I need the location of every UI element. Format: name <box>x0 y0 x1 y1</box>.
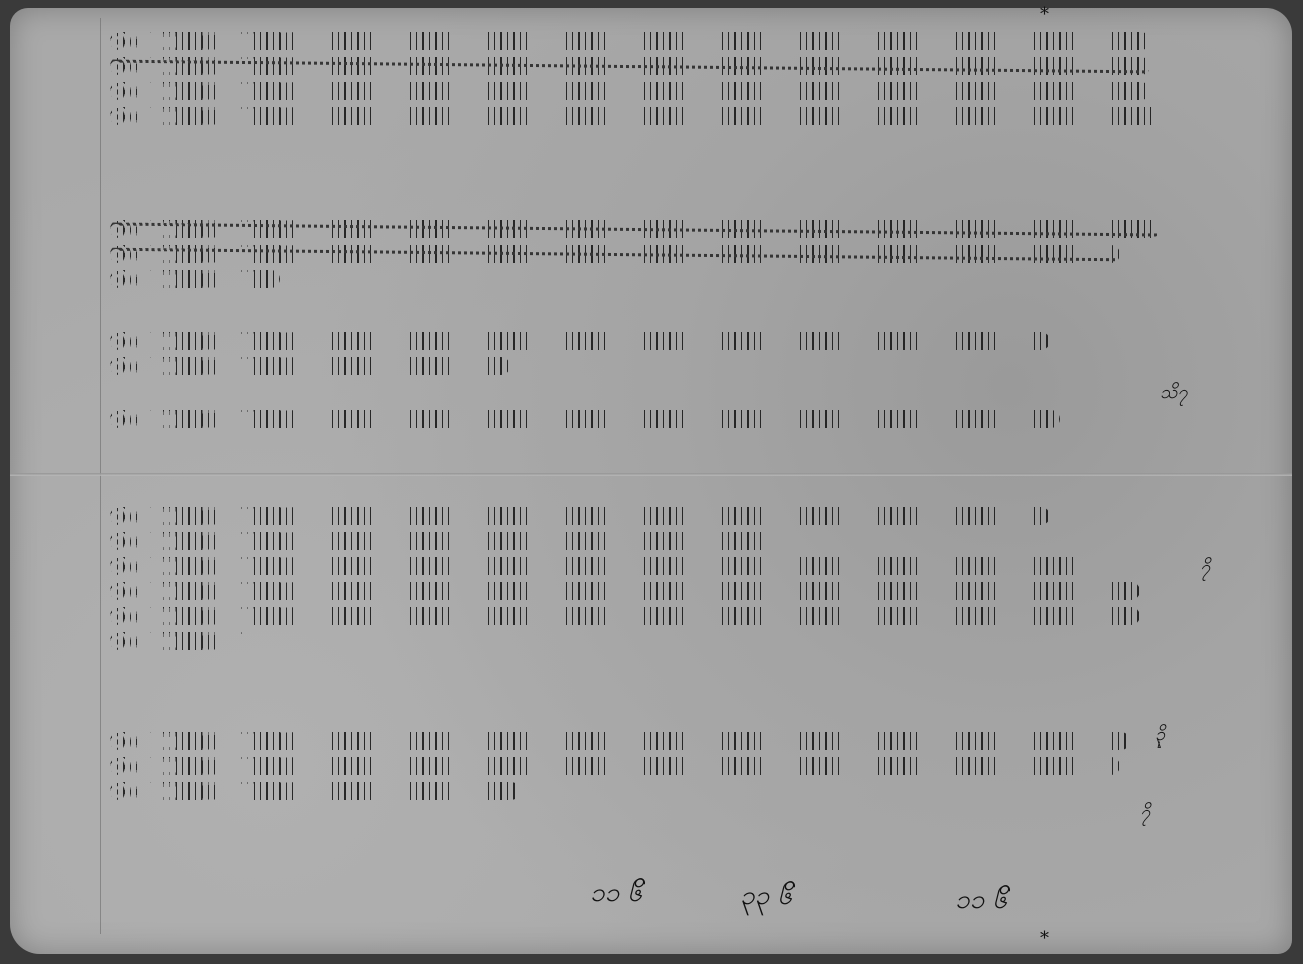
margin-note: ၇ိ <box>1200 555 1210 582</box>
ink-text <box>110 507 1050 525</box>
ink-text <box>110 357 510 375</box>
ink-text <box>110 32 1150 50</box>
script-description: Burmese-type handwritten script (illegib… <box>10 8 11 9</box>
top-star-mark: * <box>1040 4 1049 25</box>
ink-text <box>110 532 790 550</box>
signature: ၃၃ ၆ိ <box>740 878 792 917</box>
margin-note: သိ၇ <box>1160 380 1188 407</box>
struck-through-text <box>110 57 1150 75</box>
ink-text <box>110 82 1150 100</box>
margin-note: ၇ိ <box>1140 800 1150 827</box>
page-fold-line <box>10 473 1292 476</box>
ink-text <box>110 732 1130 750</box>
ink-text <box>110 270 280 288</box>
ink-text <box>110 332 1050 350</box>
left-margin-rule <box>100 18 101 934</box>
ink-text <box>110 582 1140 600</box>
ink-text <box>110 410 1060 428</box>
ink-text <box>110 107 1160 125</box>
bottom-star-mark: * <box>1040 928 1049 949</box>
struck-through-text <box>110 220 1160 238</box>
struck-through-text <box>110 245 1120 263</box>
ink-text <box>110 782 520 800</box>
manuscript-page: သိ၇၇ိ၃ို၇ိ ၁၁ ၆ိ၃၃ ၆ိ၁၁ ၆ိ * * Burmese-t… <box>10 8 1292 954</box>
ink-text <box>110 632 250 650</box>
ink-text <box>110 607 1140 625</box>
ink-text <box>110 757 1120 775</box>
signature: ၁၁ ၆ိ <box>590 875 642 914</box>
signature: ၁၁ ၆ိ <box>955 882 1007 921</box>
ink-text <box>110 557 1090 575</box>
margin-note: ၃ို <box>1155 722 1165 749</box>
